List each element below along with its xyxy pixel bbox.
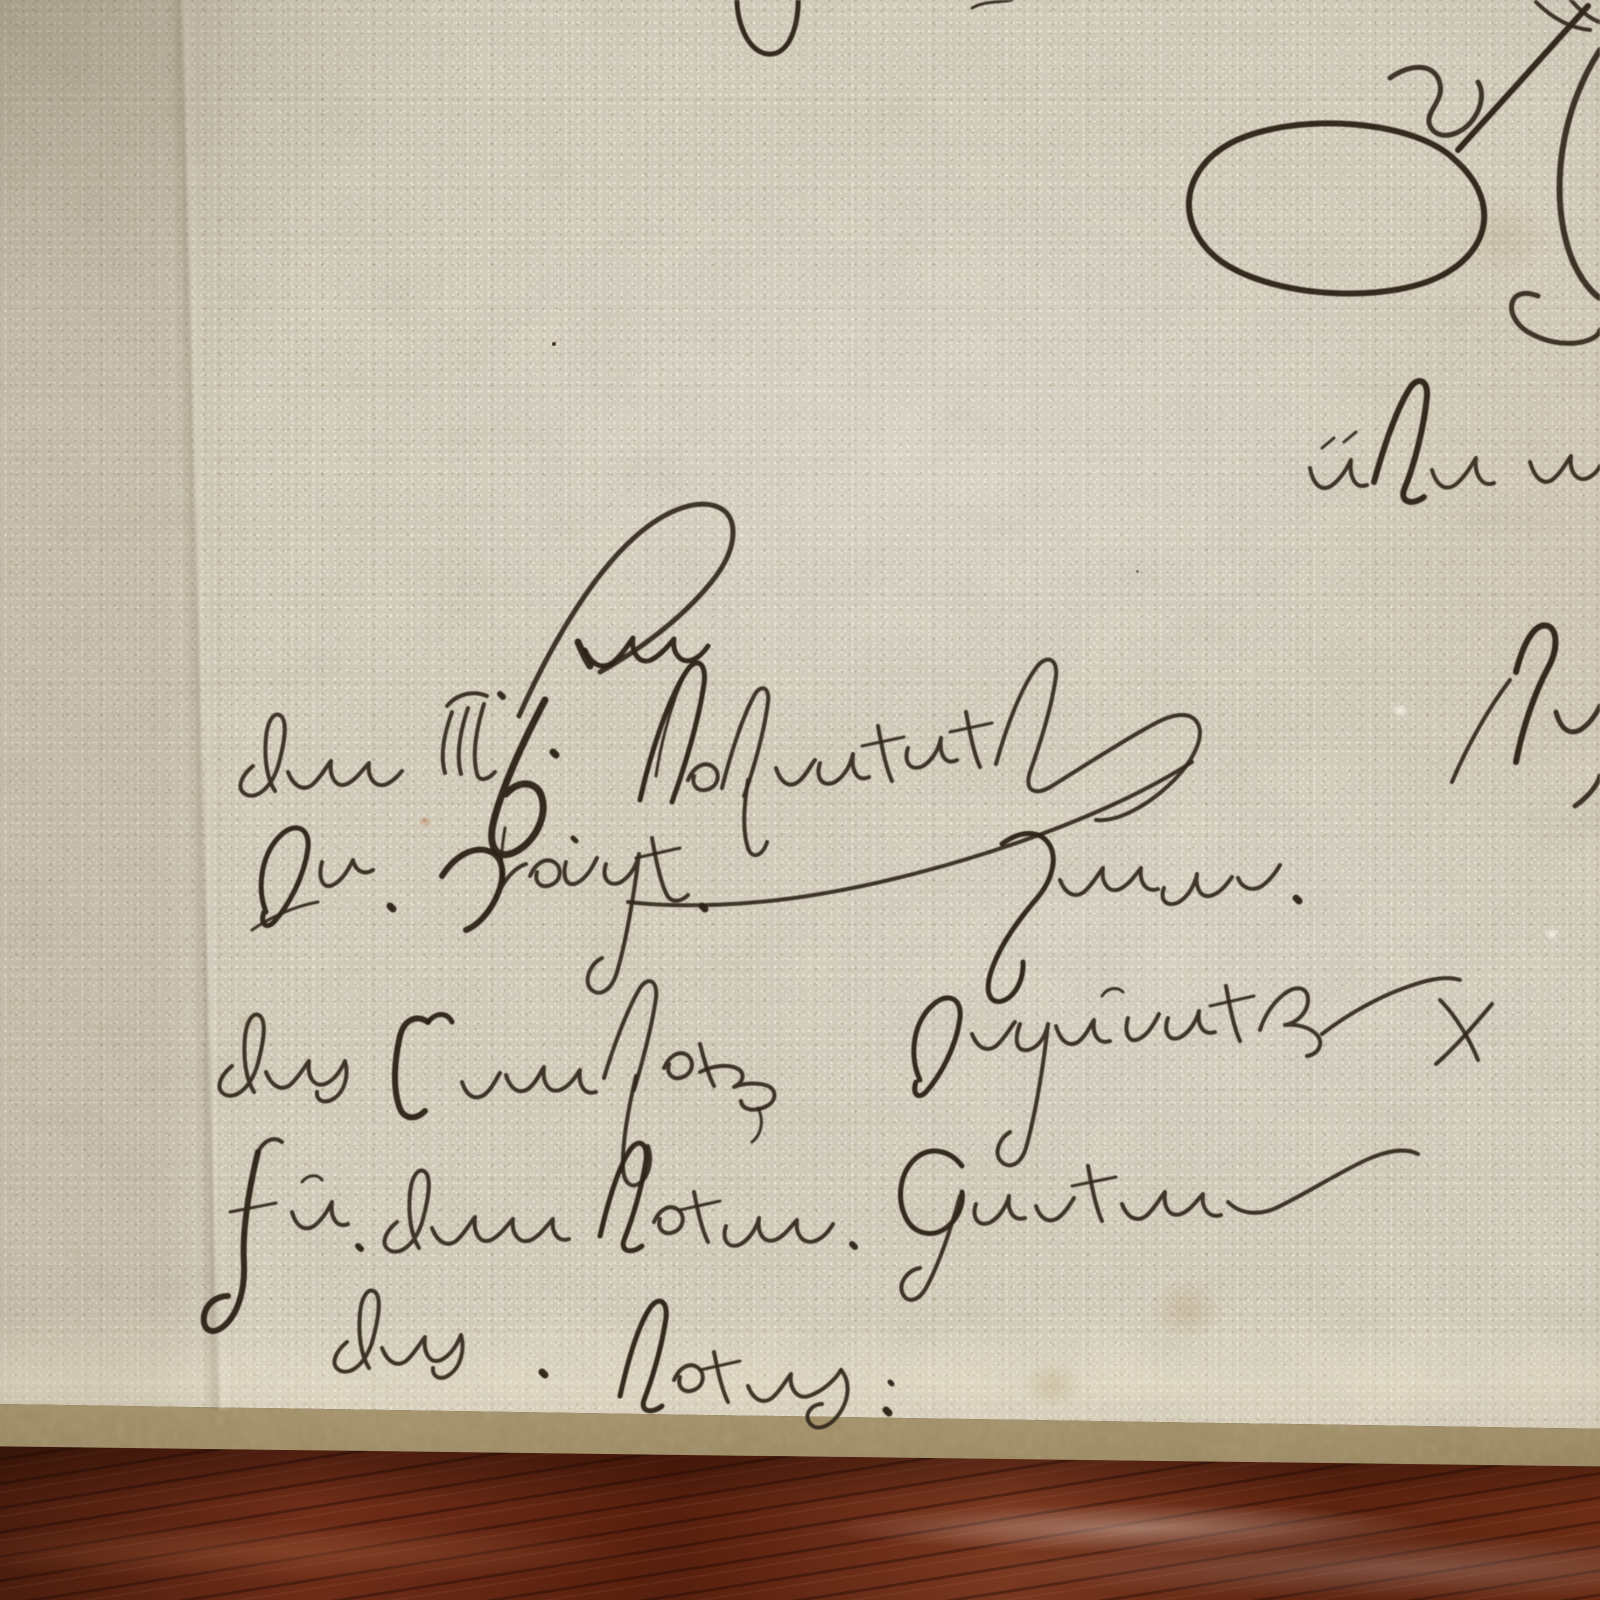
paper-fibre-overlay [0,0,1600,1600]
letter-photo-scene: large looping ink flourish cut off at th… [0,0,1600,1600]
